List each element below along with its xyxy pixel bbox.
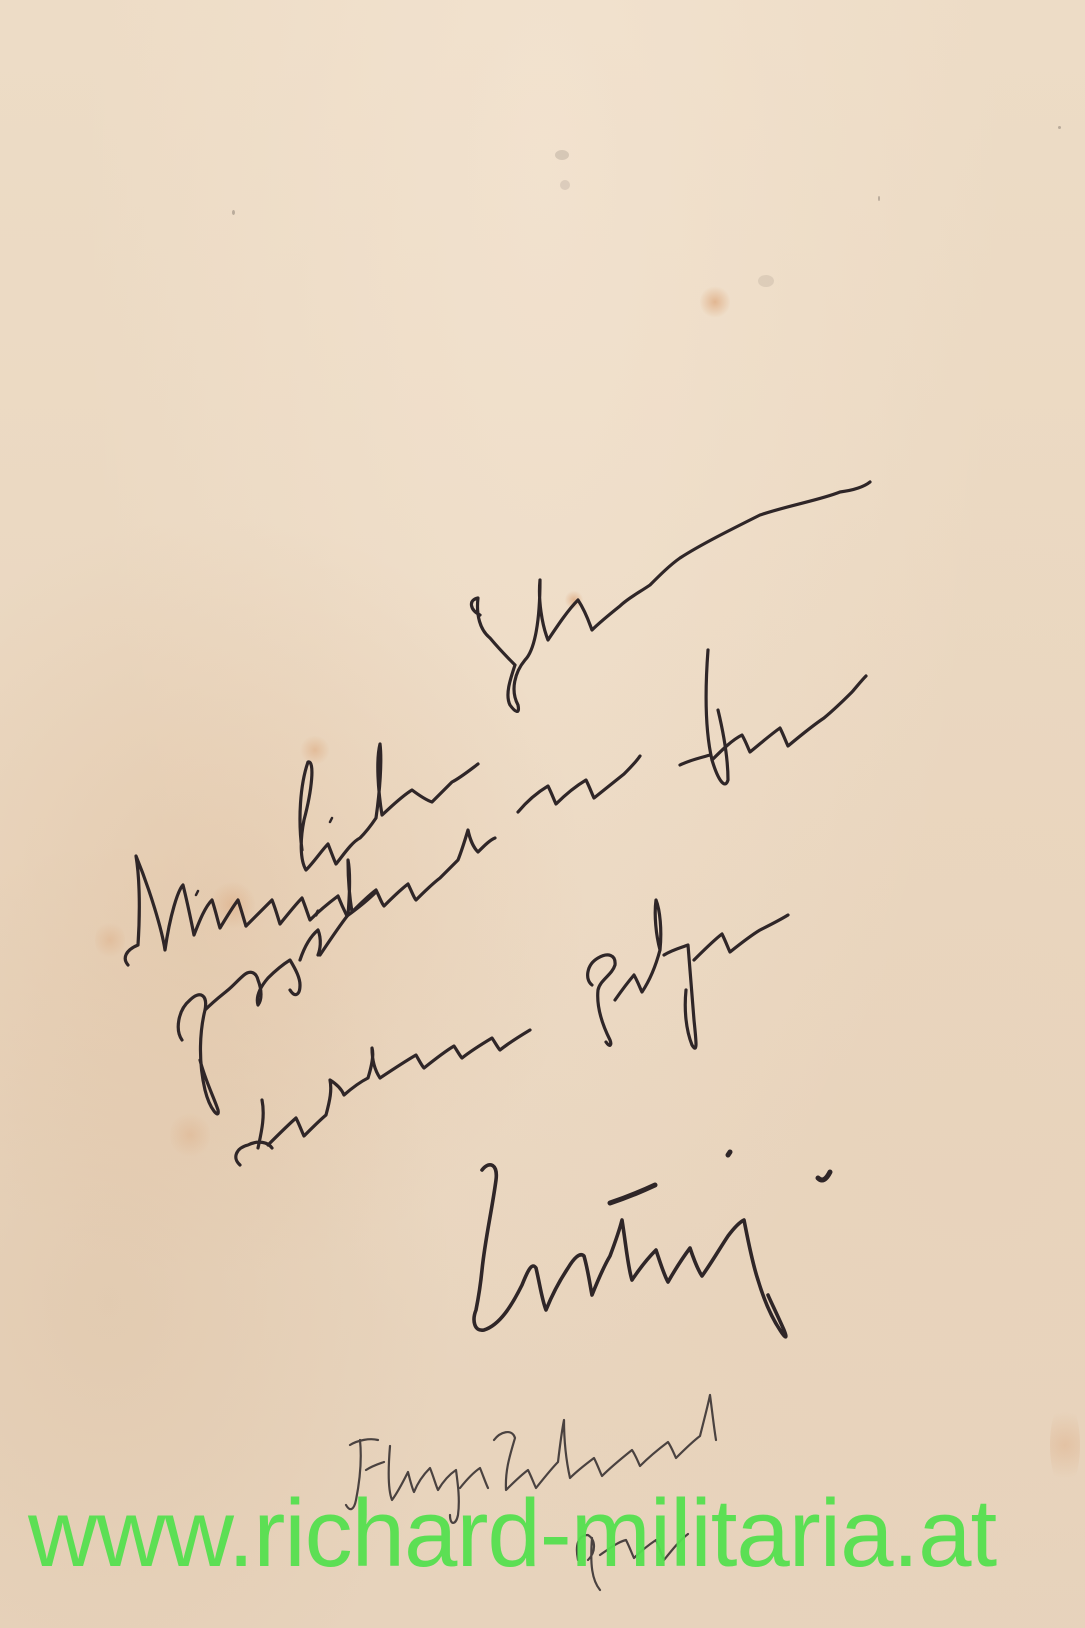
handwritten-dedication [0,0,1085,1628]
handwriting-line-3 [236,900,788,1165]
handwriting-line-1 [125,482,870,965]
handwriting-line-2 [178,650,866,1114]
website-watermark: www.richard-militaria.at [28,1486,1068,1582]
signature-ludwig [474,1152,830,1337]
